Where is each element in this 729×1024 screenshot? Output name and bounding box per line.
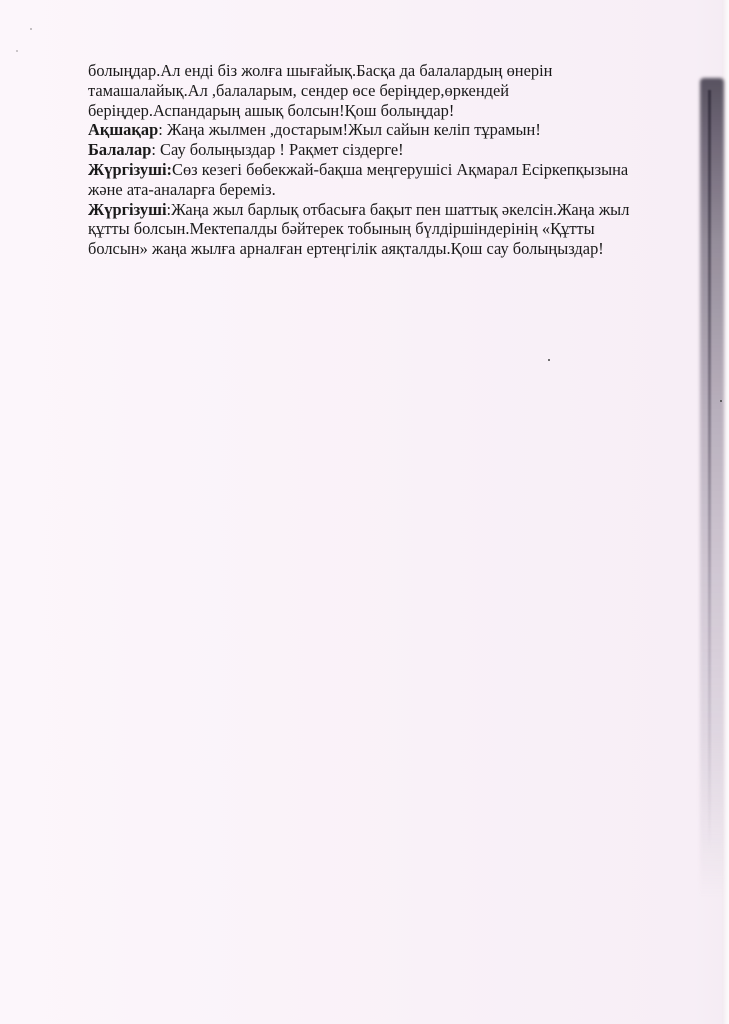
speaker-name: Жүргізуші: [88,160,172,179]
dialogue-text: Жаңа жылмен ,достарым!Жыл сайын келіп тұ… [163,120,541,139]
text-line: болсын» жаңа жылға арналған ертеңгілік а… [88,239,688,259]
paragraph-narration: болыңдар.Ал енді біз жолға шығайық.Басқа… [88,61,688,120]
speaker-name: Балалар [88,140,151,159]
paragraph-host-2: Жүргізуші:Жаңа жыл барлық отбасыға бақыт… [88,200,688,259]
dialogue-line: Жүргізуші:Сөз кезегі бөбекжай-бақша меңг… [88,160,688,180]
scanned-page: болыңдар.Ал енді біз жолға шығайық.Басқа… [0,0,729,1024]
dialogue-line: Ақшақар: Жаңа жылмен ,достарым!Жыл сайын… [88,120,688,140]
text-line: құтты болсын.Мектепалды бәйтерек тобының… [88,219,688,239]
dialogue-text: Сау болыңыздар ! Рақмет сіздерге! [156,140,404,159]
speaker-name: Ақшақар [88,120,158,139]
dialogue-text: Жаңа жыл барлық отбасыға бақыт пен шатты… [171,200,629,219]
scan-speck [720,400,722,402]
text-line: тамашалайық.Ал ,балаларым, сендер өсе бе… [88,81,688,101]
scan-speck [30,28,32,30]
dialogue-line: Балалар: Сау болыңыздар ! Рақмет сіздерг… [88,140,688,160]
text-line: болыңдар.Ал енді біз жолға шығайық.Басқа… [88,61,688,81]
speaker-name: Жүргізуші [88,200,167,219]
dialogue-text: Сөз кезегі бөбекжай-бақша меңгерушісі Ақ… [172,160,628,179]
binding-line [708,90,711,850]
binding-shadow [700,78,724,898]
text-line: беріңдер.Аспандарың ашық болсын!Қош болы… [88,101,688,121]
text-line: және ата-аналарға береміз. [88,180,688,200]
document-body: болыңдар.Ал енді біз жолға шығайық.Басқа… [88,61,688,259]
paragraph-host-1: Жүргізуші:Сөз кезегі бөбекжай-бақша меңг… [88,160,688,200]
dialogue-line: Жүргізуші:Жаңа жыл барлық отбасыға бақыт… [88,200,688,220]
paragraph-children: Балалар: Сау болыңыздар ! Рақмет сіздерг… [88,140,688,160]
scan-speck [16,50,18,52]
scan-speck [548,359,550,361]
paragraph-akshakar: Ақшақар: Жаңа жылмен ,достарым!Жыл сайын… [88,120,688,140]
